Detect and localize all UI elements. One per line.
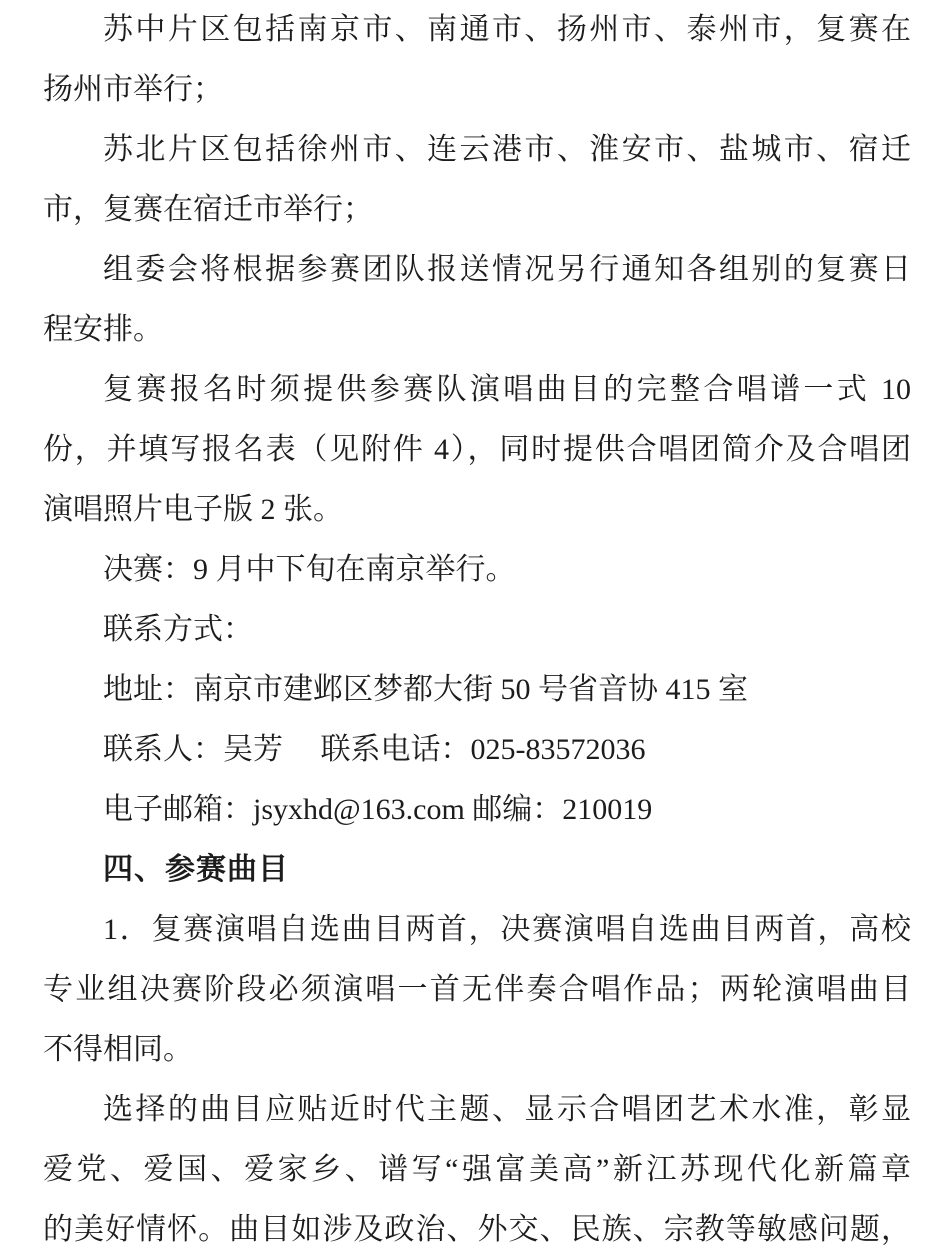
text-line: 电子邮箱：jsyxhd@163.com 邮编：210019 bbox=[43, 780, 911, 840]
text-line: 的美好情怀。曲目如涉及政治、外交、民族、宗教等敏感问题， bbox=[43, 1200, 911, 1260]
text-line: 地址：南京市建邺区梦都大街 50 号省音协 415 室 bbox=[43, 660, 911, 720]
text-line: 程安排。 bbox=[43, 300, 911, 360]
text-line: 选择的曲目应贴近时代主题、显示合唱团艺术水准，彰显 bbox=[43, 1080, 911, 1140]
section-heading: 四、参赛曲目 bbox=[43, 840, 911, 900]
text-line: 组委会将根据参赛团队报送情况另行通知各组别的复赛日 bbox=[43, 240, 911, 300]
text-line: 份，并填写报名表（见附件 4），同时提供合唱团简介及合唱团 bbox=[43, 420, 911, 480]
text-line: 扬州市举行； bbox=[43, 60, 911, 120]
document-page: 苏中片区包括南京市、南通市、扬州市、泰州市，复赛在扬州市举行；苏北片区包括徐州市… bbox=[0, 0, 952, 1260]
text-line: 复赛报名时须提供参赛队演唱曲目的完整合唱谱一式 10 bbox=[43, 360, 911, 420]
text-line: 爱党、爱国、爱家乡、谱写“强富美高”新江苏现代化新篇章 bbox=[43, 1140, 911, 1200]
text-line: 联系方式： bbox=[43, 600, 911, 660]
text-line: 市，复赛在宿迁市举行； bbox=[43, 180, 911, 240]
text-line: 演唱照片电子版 2 张。 bbox=[43, 480, 911, 540]
text-line: 苏北片区包括徐州市、连云港市、淮安市、盐城市、宿迁 bbox=[43, 120, 911, 180]
text-line: 决赛：9 月中下旬在南京举行。 bbox=[43, 540, 911, 600]
text-line: 不得相同。 bbox=[43, 1020, 911, 1080]
text-line: 苏中片区包括南京市、南通市、扬州市、泰州市，复赛在 bbox=[43, 0, 911, 60]
text-line: 专业组决赛阶段必须演唱一首无伴奏合唱作品；两轮演唱曲目 bbox=[43, 960, 911, 1020]
text-line: 1．复赛演唱自选曲目两首，决赛演唱自选曲目两首，高校 bbox=[43, 900, 911, 960]
text-line: 联系人：吴芳 联系电话：025-83572036 bbox=[43, 720, 911, 780]
document-body: 苏中片区包括南京市、南通市、扬州市、泰州市，复赛在扬州市举行；苏北片区包括徐州市… bbox=[0, 0, 952, 1260]
